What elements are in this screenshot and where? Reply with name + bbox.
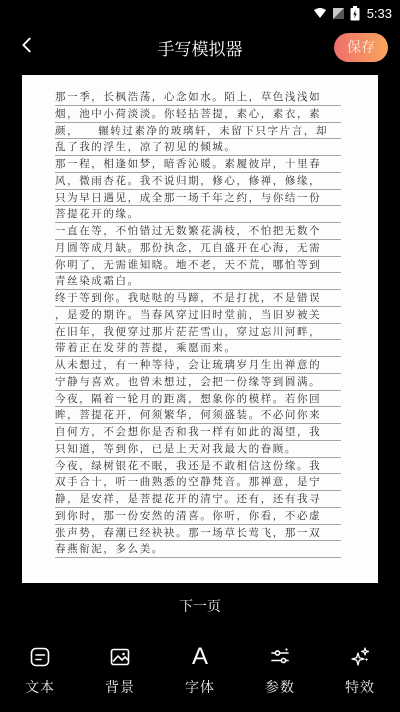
no-sim-icon [332,7,345,20]
handwriting-line: 那一程，相逢如梦，暗香沁暖。素履彼岸，十里春 [55,156,341,173]
toolbar-label: 字体 [185,677,215,697]
handwriting-line: 春燕衔泥，多么美。 [55,541,341,558]
handwriting-line: 双手合十，听一曲熟悉的空静梵音。那禅意，是宁 [55,474,341,491]
status-bar: 5:33 [0,0,400,24]
toolbar-item-effects[interactable]: 特效 [320,644,400,697]
handwriting-line: ，是爱的期许。当春风穿过旧时堂前，当旧岁被关 [55,307,341,324]
handwriting-line: 你明了，无需谁知晓。地不老，天不荒，哪怕等到 [55,257,341,274]
handwriting-line: 到你时，那一份安然的清喜。你听，你看，不必虚 [55,508,341,525]
handwriting-line: 那一季，长枫浩荡，心念如水。陌上，草色浅浅如 [55,89,341,106]
handwriting-line: 菩提花开的缘。 [55,206,341,223]
handwriting-line: 张声势，春潮已经袂袂。那一场草长莺飞，那一双 [55,525,341,542]
handwriting-line: 月圆等成月缺。那份执念，兀自盛开在心海，无需 [55,240,341,257]
background-icon [107,644,133,670]
toolbar-item-params[interactable]: 参数 [240,644,320,697]
toolbar-label: 特效 [345,677,375,697]
handwriting-line: 静，是安祥，是菩提花开的清宁。还有，还有我寻 [55,491,341,508]
params-icon [267,644,293,670]
handwriting-line: 在旧年，我便穿过那片茫茫雪山，穿过忘川河畔， [55,324,341,341]
handwriting-line: 颜， 辗转过素净的玻璃轩，未留下只字片言，却 [55,123,341,140]
handwriting-line: 宁静与喜欢。也曾未想过，会把一份缘等到圆满。 [55,374,341,391]
toolbar-label: 背景 [105,677,135,697]
toolbar-label: 参数 [265,677,295,697]
handwriting-lines: 那一季，长枫浩荡，心念如水。陌上，草色浅浅如烟，池中小荷淡淡。你轻拈菩提，素心，… [55,89,341,558]
handwriting-line: 眸，菩提花开，何须繁华，何须盛装。不必问你来 [55,407,341,424]
handwriting-line: 只为早日遇见，成全那一场千年之约，与你结一份 [55,190,341,207]
handwriting-line: 乱了我的浮生，凉了初见的倾城。 [55,139,341,156]
handwriting-line: 从未想过，有一种等待，会让琉璃岁月生出禅意的 [55,357,341,374]
text-icon [27,644,53,670]
battery-charging-icon [350,6,360,21]
chevron-left-icon [16,34,38,61]
back-button[interactable] [12,32,42,62]
toolbar-item-text[interactable]: 文本 [0,644,80,697]
handwriting-line: 青丝染成霜白。 [55,273,341,290]
handwriting-line: 只知道，等到你，已是上天对我最大的眷顾。 [55,441,341,458]
effects-icon [347,644,373,670]
wifi-icon [313,7,327,19]
handwriting-line: 带着正在发芽的菩提，乘愿而来。 [55,340,341,357]
bottom-toolbar: 文本 背景 A 字体 参数 [0,628,400,712]
next-page-button[interactable]: 下一页 [169,592,231,620]
handwriting-line: 今夜，绿树银花不眠，我还是不敢相信这份缘。我 [55,458,341,475]
handwriting-line: 终于等到你。我哒哒的马蹄，不是打扰，不是错误 [55,290,341,307]
font-icon: A [187,644,213,670]
handwriting-line: 一直在等，不怕错过无数繁花满枝，不怕把无数个 [55,223,341,240]
toolbar-item-font[interactable]: A 字体 [160,644,240,697]
toolbar-item-background[interactable]: 背景 [80,644,160,697]
toolbar-label: 文本 [25,677,55,697]
pager: 下一页 [0,591,400,621]
save-button[interactable]: 保存 [334,33,388,62]
handwriting-line: 今夜，隔着一轮月的距离，想象你的模样。若你回 [55,391,341,408]
app-header: 手写模拟器 保存 [0,24,400,70]
handwriting-line: 风，微雨杏花。我不说归期，修心，修禅，修缘， [55,173,341,190]
handwriting-line: 自何方，不会想你是否和我一样有如此的渴望，我 [55,424,341,441]
handwriting-paper-preview[interactable]: 那一季，长枫浩荡，心念如水。陌上，草色浅浅如烟，池中小荷淡淡。你轻拈菩提，素心，… [22,75,378,583]
status-time: 5:33 [367,6,392,21]
handwriting-line: 烟，池中小荷淡淡。你轻拈菩提，素心，素衣，素 [55,106,341,123]
